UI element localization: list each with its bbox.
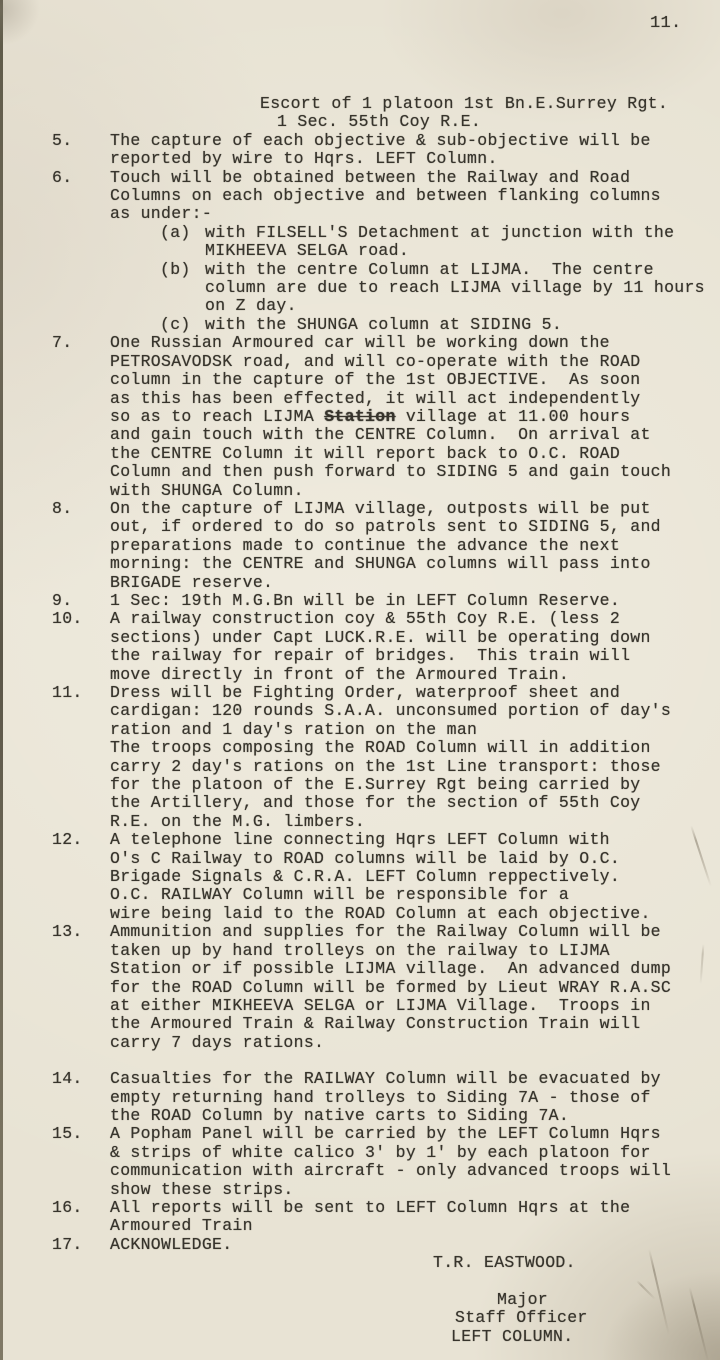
text-line: Station or if possible LIJMA village. An… (110, 960, 720, 978)
text-line: Escort of 1 platoon 1st Bn.E.Surrey Rgt. (260, 95, 720, 113)
text-line: The troops composing the ROAD Column wil… (110, 739, 720, 757)
text-line: the ROAD Column by native carts to Sidin… (110, 1107, 720, 1125)
struck-text: Station (324, 407, 395, 426)
text-line: sections) under Capt LUCK.R.E. will be o… (110, 629, 720, 647)
text-line: The capture of each objective & sub-obje… (110, 132, 720, 150)
item-number: 17. (52, 1236, 83, 1254)
text-line: A Popham Panel will be carried by the LE… (110, 1125, 720, 1143)
text-line: MIKHEEVA SELGA road. (205, 242, 720, 260)
text-line: One Russian Armoured car will be working… (110, 334, 720, 352)
text-line: & strips of white calico 3' by 1' by eac… (110, 1144, 720, 1162)
text-line: morning: the CENTRE and SHUNGA columns w… (110, 555, 720, 573)
text-line: communication with aircraft - only advan… (110, 1162, 720, 1180)
text-line: for the ROAD Column will be formed by Li… (110, 979, 720, 997)
text-line: column in the capture of the 1st OBJECTI… (110, 371, 720, 389)
item-number: 15. (52, 1125, 83, 1143)
text-line: column are due to reach LIJMA village by… (205, 279, 720, 297)
order-item-10: 10.A railway construction coy & 55th Coy… (0, 610, 720, 684)
item-number: 11. (52, 684, 83, 702)
scan-smudge (0, 0, 40, 46)
document-content: Escort of 1 platoon 1st Bn.E.Surrey Rgt.… (0, 95, 720, 1346)
text-line: BRIGADE reserve. (110, 574, 720, 592)
text-line: the Armoured Train & Railway Constructio… (110, 1015, 720, 1033)
item-body: Ammunition and supplies for the Railway … (110, 923, 720, 1052)
text-line: the CENTRE Column it will report back to… (110, 445, 720, 463)
text-line: as under:- (110, 205, 720, 223)
text-line: A railway construction coy & 55th Coy R.… (110, 610, 720, 628)
item-number: 12. (52, 831, 83, 849)
item-body: A railway construction coy & 55th Coy R.… (110, 610, 720, 684)
item-body: One Russian Armoured car will be working… (110, 334, 720, 500)
text-line: empty returning hand trolleys to Siding … (110, 1089, 720, 1107)
order-item-16: 16.All reports will be sent to LEFT Colu… (0, 1199, 720, 1236)
text-line: 1 Sec: 19th M.G.Bn will be in LEFT Colum… (110, 592, 720, 610)
text-line: at either MIKHEEVA SELGA or LIJMA Villag… (110, 997, 720, 1015)
text-line: Ammunition and supplies for the Railway … (110, 923, 720, 941)
scanned-page: 11. Escort of 1 platoon 1st Bn.E.Surrey … (0, 0, 720, 1360)
text-line: 1 Sec. 55th Coy R.E. (277, 113, 720, 131)
sub-item-body: with the SHUNGA column at SIDING 5. (205, 316, 720, 334)
text-line: cardigan: 120 rounds S.A.A. unconsumed p… (110, 702, 720, 720)
text-line: and gain touch with the CENTRE Column. O… (110, 426, 720, 444)
item-body: On the capture of LIJMA village, outpost… (110, 500, 720, 592)
item-body: 1 Sec: 19th M.G.Bn will be in LEFT Colum… (110, 592, 720, 610)
sub-item-c: (c)with the SHUNGA column at SIDING 5. (110, 316, 720, 334)
text-line: Touch will be obtained between the Railw… (110, 169, 720, 187)
text-line: PETROSAVODSK road, and will co-operate w… (110, 353, 720, 371)
item-number: 13. (52, 923, 83, 941)
item-body: The capture of each objective & sub-obje… (110, 132, 720, 169)
text-line: O's C Railway to ROAD columns will be la… (110, 850, 720, 868)
text-line: ration and 1 day's ration on the man (110, 721, 720, 739)
text-line: with FILSELL'S Detachment at junction wi… (205, 224, 720, 242)
corner-shadow (600, 1270, 720, 1360)
text-line: as this has been effected, it will act i… (110, 390, 720, 408)
item-body: A Popham Panel will be carried by the LE… (110, 1125, 720, 1199)
text-line: with the centre Column at LIJMA. The cen… (205, 261, 720, 279)
text-line: On the capture of LIJMA village, outpost… (110, 500, 720, 518)
sub-item-label: (b) (160, 261, 191, 279)
order-item-11: 11.Dress will be Fighting Order, waterpr… (0, 684, 720, 831)
text-line: reported by wire to Hqrs. LEFT Column. (110, 150, 720, 168)
text-line: Columns on each objective and between fl… (110, 187, 720, 205)
text-line: taken up by hand trolleys on the railway… (110, 942, 720, 960)
sub-item-a: (a)with FILSELL'S Detachment at junction… (110, 224, 720, 261)
text-line: carry 7 days rations. (110, 1034, 720, 1052)
item-body: Casualties for the RAILWAY Column will b… (110, 1070, 720, 1125)
item-number: 8. (52, 500, 72, 518)
item-body: A telephone line connecting Hqrs LEFT Co… (110, 831, 720, 923)
item-body: All reports will be sent to LEFT Column … (110, 1199, 720, 1236)
text-line: for the platoon of the E.Surrey Rgt bein… (110, 776, 720, 794)
order-items: 5.The capture of each objective & sub-ob… (0, 132, 720, 1254)
text-line: the Artillery, and those for the section… (110, 794, 720, 812)
sub-item-label: (c) (160, 316, 191, 334)
item-number: 16. (52, 1199, 83, 1217)
item-body: ACKNOWLEDGE. (110, 1236, 720, 1254)
item-number: 7. (52, 334, 72, 352)
text-line: out, if ordered to do so patrols sent to… (110, 518, 720, 536)
escort-note: Escort of 1 platoon 1st Bn.E.Surrey Rgt.… (260, 95, 720, 132)
sub-item-label: (a) (160, 224, 191, 242)
order-item-8: 8.On the capture of LIJMA village, outpo… (0, 500, 720, 592)
order-item-12: 12.A telephone line connecting Hqrs LEFT… (0, 831, 720, 923)
text-line: show these strips. (110, 1181, 720, 1199)
text-line: so as to reach LIJMA Station village at … (110, 408, 720, 426)
text-line: Casualties for the RAILWAY Column will b… (110, 1070, 720, 1088)
text-line: wire being laid to the ROAD Column at ea… (110, 905, 720, 923)
item-body: Dress will be Fighting Order, waterproof… (110, 684, 720, 831)
text-line: with the SHUNGA column at SIDING 5. (205, 316, 720, 334)
text-line: move directly in front of the Armoured T… (110, 666, 720, 684)
item-number: 10. (52, 610, 83, 628)
text-line: Column and then push forward to SIDING 5… (110, 463, 720, 481)
text-line: carry 2 day's rations on the 1st Line tr… (110, 758, 720, 776)
sub-item-body: with the centre Column at LIJMA. The cen… (205, 261, 720, 316)
text-line: O.C. RAILWAY Column will be responsible … (110, 886, 720, 904)
order-item-15: 15.A Popham Panel will be carried by the… (0, 1125, 720, 1199)
text-line: Dress will be Fighting Order, waterproof… (110, 684, 720, 702)
text-line: preparations made to continue the advanc… (110, 537, 720, 555)
order-item-5: 5.The capture of each objective & sub-ob… (0, 132, 720, 169)
item-number: 5. (52, 132, 72, 150)
text-line: All reports will be sent to LEFT Column … (110, 1199, 720, 1217)
order-item-17: 17.ACKNOWLEDGE. (0, 1236, 720, 1254)
order-item-7: 7.One Russian Armoured car will be worki… (0, 334, 720, 500)
text-line: ACKNOWLEDGE. (110, 1236, 720, 1254)
text-line: Armoured Train (110, 1217, 720, 1235)
item-number: 9. (52, 592, 72, 610)
order-item-14: 14.Casualties for the RAILWAY Column wil… (0, 1070, 720, 1125)
item-number: 14. (52, 1070, 83, 1088)
text-line: A telephone line connecting Hqrs LEFT Co… (110, 831, 720, 849)
text-line: Brigade Signals & C.R.A. LEFT Column rep… (110, 868, 720, 886)
text-line: R.E. on the M.G. limbers. (110, 813, 720, 831)
item-body: Touch will be obtained between the Railw… (110, 169, 720, 335)
order-item-13: 13.Ammunition and supplies for the Railw… (0, 923, 720, 1052)
text-line: the railway for repair of bridges. This … (110, 647, 720, 665)
item-number: 6. (52, 169, 72, 187)
sub-item-b: (b)with the centre Column at LIJMA. The … (110, 261, 720, 316)
order-item-9: 9.1 Sec: 19th M.G.Bn will be in LEFT Col… (0, 592, 720, 610)
text-line: on Z day. (205, 297, 720, 315)
text-line: with SHUNGA Column. (110, 482, 720, 500)
order-item-6: 6.Touch will be obtained between the Rai… (0, 169, 720, 335)
page-number: 11. (650, 15, 682, 33)
sub-item-body: with FILSELL'S Detachment at junction wi… (205, 224, 720, 261)
